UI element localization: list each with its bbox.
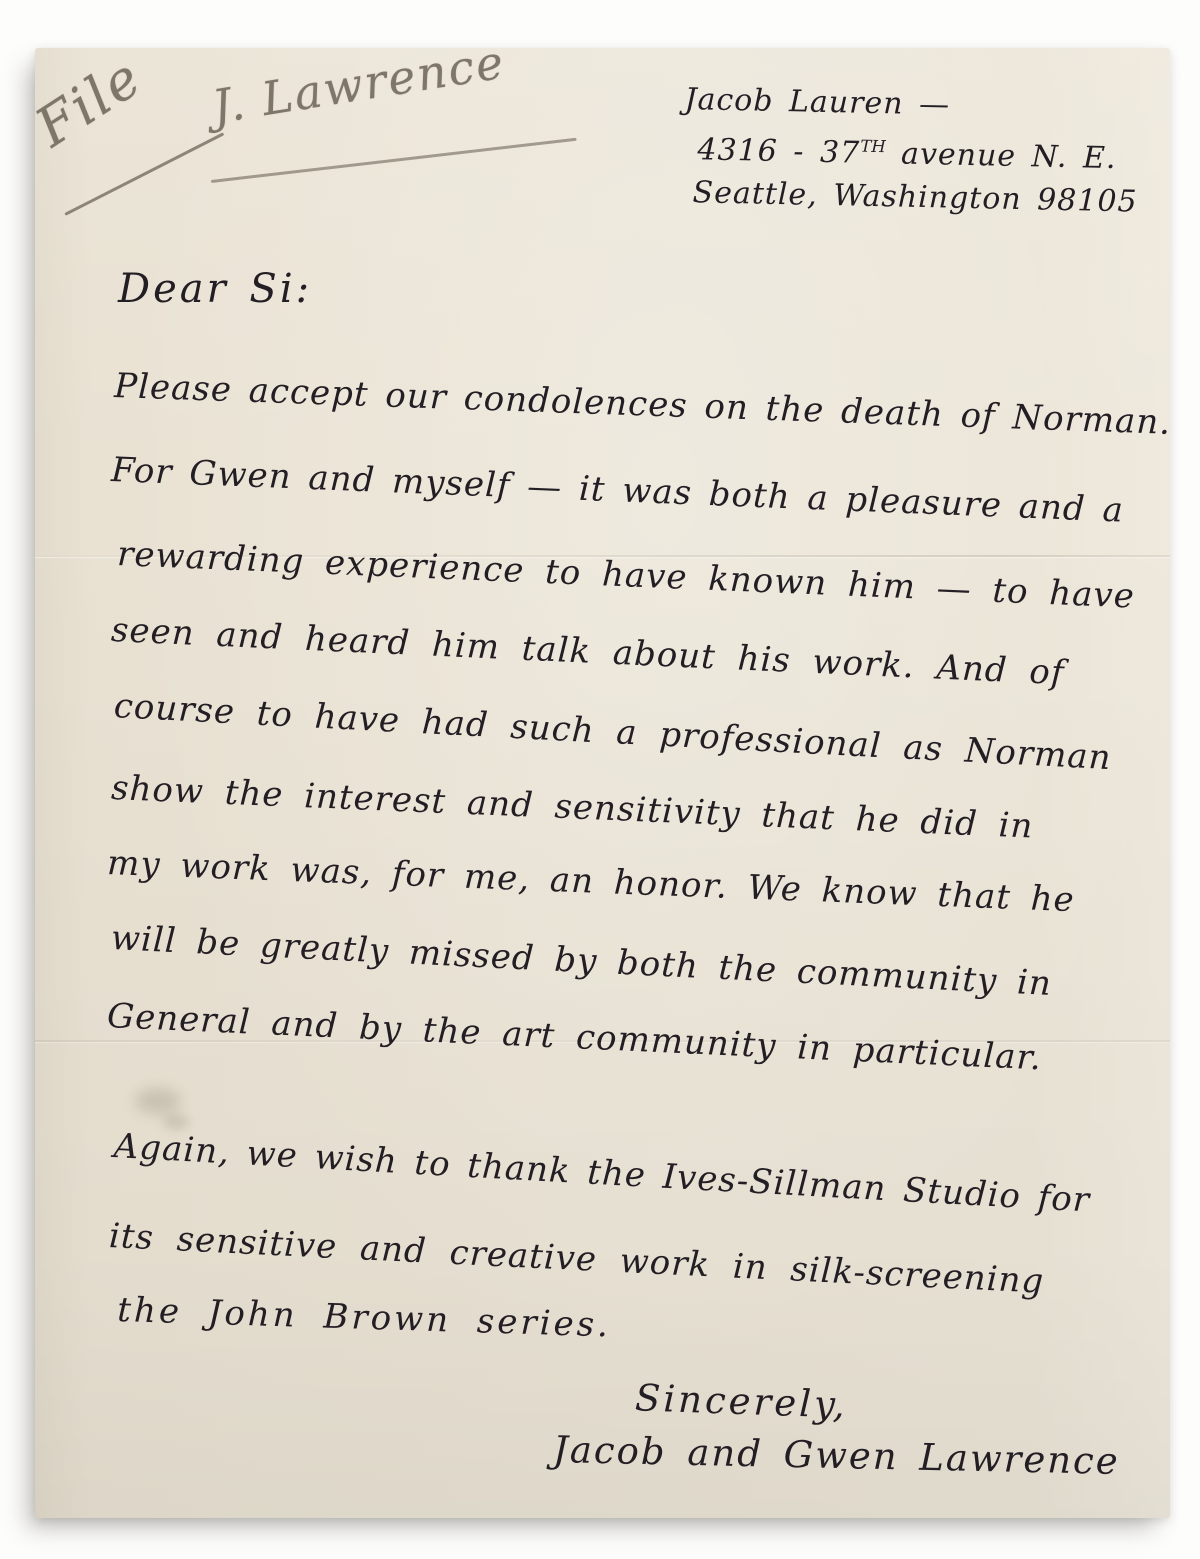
letter-line: For Gwen and myself — it was both a plea… [110,450,1124,531]
sender-city-state-zip: Seattle, Washington 98105 [692,171,1138,223]
street-number: 4316 - 37 [697,132,860,170]
pencil-underline [211,138,577,183]
letter-line: course to have had such a professional a… [113,686,1113,778]
sender-street: 4316 - 37TH avenue N. E. [697,121,1139,180]
paper-stain [163,1114,189,1130]
letter-line: will be greatly missed by both the commu… [110,918,1053,1004]
pencil-underline [64,132,224,215]
letter-line: Please accept our condolences on the dea… [114,366,1172,443]
letter-line: Again, we wish to thank the Ives-Sillman… [113,1126,1091,1221]
letter-line: show the interest and sensitivity that h… [110,768,1034,847]
salutation: Dear Si: [118,266,312,312]
letter-line: rewarding experience to have known him —… [116,534,1135,617]
letter-line: seen and heard him talk about his work. … [110,610,1065,693]
paper-stain [135,1088,181,1114]
pencil-name-note: J. Lawrence [209,34,509,134]
letter-line: the John Brown series. [117,1290,612,1345]
sender-address-block: Jacob Lauren — 4316 - 37TH avenue N. E. … [682,78,1140,224]
letter-paper: File J. Lawrence Jacob Lauren — 4316 - 3… [35,48,1170,1518]
photo-background: File J. Lawrence Jacob Lauren — 4316 - 3… [0,0,1200,1559]
closing: Sincerely, [634,1376,848,1426]
letter-line: my work was, for me, an honor. We know t… [106,843,1075,920]
signature: Jacob and Gwen Lawrence [553,1428,1120,1483]
street-rest: avenue N. E. [885,136,1117,176]
street-ordinal-suffix: TH [860,137,886,157]
letter-line: General and by the art community in part… [106,996,1043,1078]
letter-line: its sensitive and creative work in silk-… [108,1216,1045,1302]
pencil-file-note: File [25,45,153,159]
